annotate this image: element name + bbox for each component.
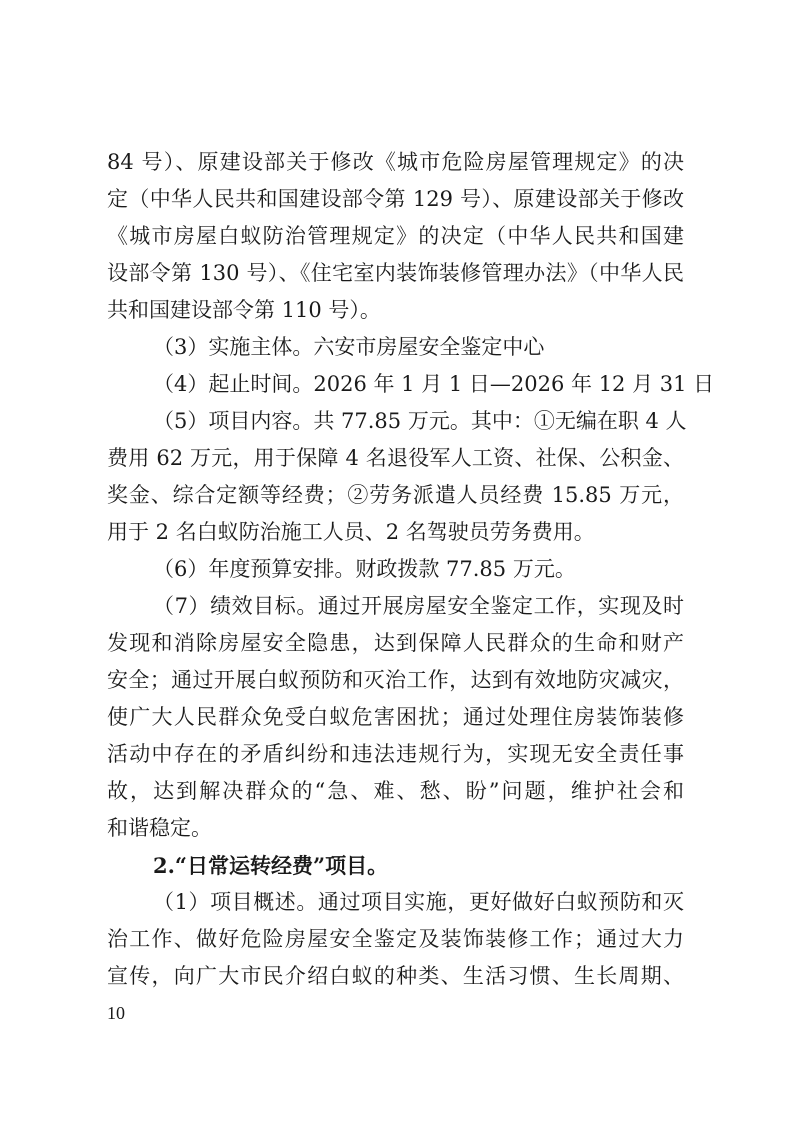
text-line: 《城市房屋白蚁防治管理规定》的决定（中华人民共和国建 <box>107 218 684 255</box>
project-overview-line: （1）项目概述。通过项目实施，更好做好白蚁预防和灭 <box>107 884 684 921</box>
text-line: 设部令第 130 号）、《住宅室内装饰装修管理办法》（中华人民 <box>107 255 684 292</box>
text-line: 安全；通过开展白蚁预防和灭治工作，达到有效地防灾减灾， <box>107 662 684 699</box>
text-line: 共和国建设部令第 110 号）。 <box>107 292 684 329</box>
text-line: 定（中华人民共和国建设部令第 129 号）、原建设部关于修改 <box>107 181 684 218</box>
budget-line: （6）年度预算安排。财政拨款 77.85 万元。 <box>107 551 684 588</box>
text-line: 发现和消除房屋安全隐患，达到保障人民群众的生命和财产 <box>107 625 684 662</box>
page-number: 10 <box>107 1003 125 1024</box>
text-line: 奖金、综合定额等经费；②劳务派遣人员经费 15.85 万元， <box>107 477 684 514</box>
text-line: 84 号）、原建设部关于修改《城市危险房屋管理规定》的决 <box>107 144 684 181</box>
text-line: 费用 62 万元，用于保障 4 名退役军人工资、社保、公积金、 <box>107 440 684 477</box>
performance-goal-line: （7）绩效目标。通过开展房屋安全鉴定工作，实现及时 <box>107 588 684 625</box>
section-heading: 2.“日常运转经费”项目。 <box>107 847 684 884</box>
text-line: 宣传，向广大市民介绍白蚁的种类、生活习惯、生长周期、 <box>107 958 684 995</box>
text-line: 故，达到解决群众的“急、难、愁、盼”问题，维护社会和 <box>107 773 684 810</box>
document-body: 84 号）、原建设部关于修改《城市危险房屋管理规定》的决 定（中华人民共和国建设… <box>107 144 684 995</box>
text-line: 活动中存在的矛盾纠纷和违法违规行为，实现无安全责任事 <box>107 736 684 773</box>
period-line: （4）起止时间。2026 年 1 月 1 日—2026 年 12 月 31 日 <box>107 366 684 403</box>
text-line: 治工作、做好危险房屋安全鉴定及装饰装修工作；通过大力 <box>107 921 684 958</box>
text-line: 使广大人民群众免受白蚁危害困扰；通过处理住房装饰装修 <box>107 699 684 736</box>
text-line: 用于 2 名白蚁防治施工人员、2 名驾驶员劳务费用。 <box>107 514 684 551</box>
project-content-line: （5）项目内容。共 77.85 万元。其中：①无编在职 4 人 <box>107 403 684 440</box>
text-line: 和谐稳定。 <box>107 810 684 847</box>
implementing-body-line: （3）实施主体。六安市房屋安全鉴定中心 <box>107 329 684 366</box>
